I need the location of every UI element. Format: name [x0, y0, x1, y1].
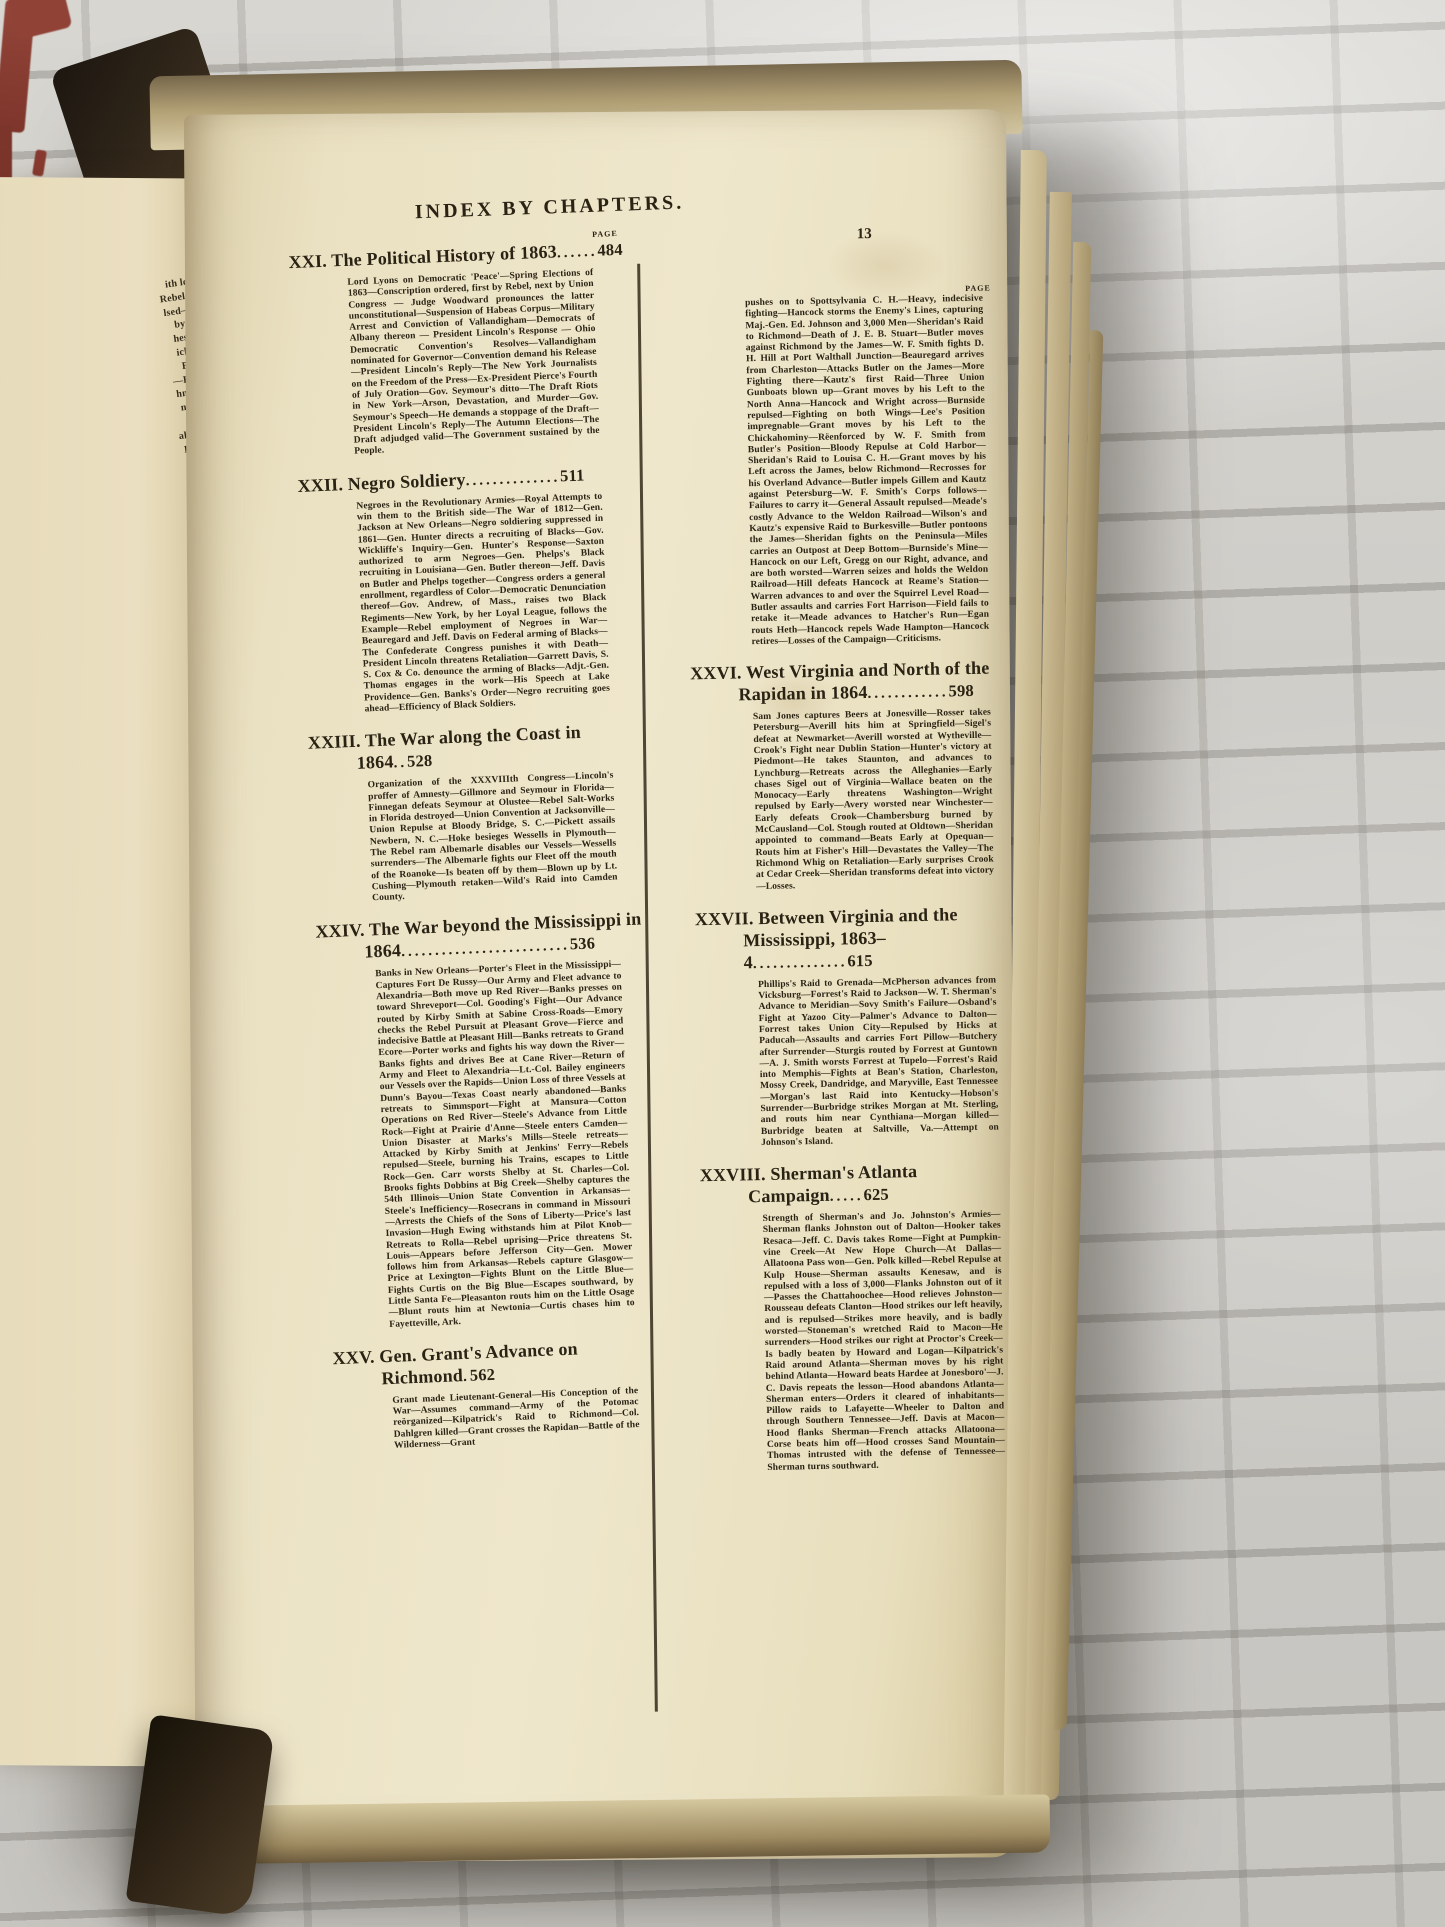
- photo-scene: PAGE ith loss—Rebel Ad- Rebel Grand Char…: [0, 0, 1445, 1927]
- chapter-title-line: XXIII. The War along the Coast in 1864..…: [308, 720, 645, 777]
- right-column-inner: PAGE pushes on to Spottsylvania C. H.—He…: [682, 233, 1020, 1475]
- chapter-numeral: XXV.: [332, 1346, 375, 1368]
- chapter-title-line: XXVIII. Sherman's Atlanta Campaign.....6…: [700, 1159, 1015, 1209]
- chapter-page-ref: 528: [407, 751, 433, 771]
- chapter-summary: Sam Jones captures Beers at Jonesville—R…: [753, 708, 994, 893]
- chapter-page-ref: 625: [863, 1185, 889, 1204]
- chapter-summary: Grant made Lieutenant-General—His Concep…: [392, 1386, 640, 1452]
- left-column: PAGE XXI. The Political History of 1863.…: [288, 229, 673, 1470]
- chapter-summary: Strength of Sherman's and Jo. Johnston's…: [763, 1210, 1006, 1474]
- chapter-entry: XXVI. West Virginia and North of the Rap…: [690, 658, 1008, 895]
- chapter-entry: XXV. Gen. Grant's Advance on Richmond.56…: [332, 1335, 672, 1455]
- chapter-numeral: XXIV.: [315, 920, 365, 942]
- chapter-page-ref: 598: [948, 681, 974, 700]
- chapter-summary: Negroes in the Revolutionary Armies—Roya…: [356, 491, 610, 715]
- index-columns: PAGE XXI. The Political History of 1863.…: [185, 237, 1018, 1843]
- dot-leaders: ............: [867, 685, 948, 703]
- chapter-entry: XXI. The Political History of 1863......…: [288, 239, 632, 461]
- chapter-entry: XXIII. The War along the Coast in 1864..…: [308, 720, 651, 908]
- dot-leaders: ..: [393, 755, 407, 772]
- chapter-title: Negro Soldiery: [347, 469, 466, 494]
- chapter-title-line: XXVII. Between Virginia and the Mississi…: [695, 903, 1010, 975]
- chapter-page-ref: 562: [469, 1365, 495, 1385]
- dot-leaders: ..............: [753, 954, 848, 972]
- index-page: INDEX BY CHAPTERS. 13 PAGE XXI. The Poli…: [184, 109, 1018, 1863]
- chapter-entry: XXVII. Between Virginia and the Mississi…: [695, 903, 1014, 1150]
- chapter-numeral: XXVIII.: [700, 1164, 766, 1185]
- chapter-numeral: XXI.: [288, 251, 327, 273]
- chapter-numeral: XXVII.: [695, 908, 754, 929]
- left-column-entries: XXI. The Political History of 1863......…: [288, 239, 672, 1455]
- right-column-entries: XXVI. West Virginia and North of the Rap…: [690, 658, 1020, 1476]
- chapter-summary: Lord Lyons on Democratic 'Peace'—Spring …: [347, 268, 600, 458]
- chapter-numeral: XXVI.: [690, 663, 742, 684]
- dot-leaders: ......: [557, 244, 598, 262]
- chapter-page-ref: 536: [569, 934, 595, 954]
- continuation-text: pushes on to Spottsylvania C. H.—Heavy, …: [745, 294, 990, 649]
- page-header: INDEX BY CHAPTERS.: [219, 184, 879, 231]
- book-cover-corner: [126, 1714, 275, 1917]
- chapter-title-line: XXV. Gen. Grant's Advance on Richmond.56…: [332, 1335, 669, 1392]
- right-column: PAGE pushes on to Spottsylvania C. H.—He…: [682, 233, 1020, 1490]
- dot-leaders: .........................: [401, 938, 570, 961]
- chapter-numeral: XXIII.: [308, 731, 361, 753]
- dot-leaders: .....: [830, 1188, 864, 1205]
- dot-leaders: ..............: [465, 469, 560, 489]
- chapter-entry: XXIV. The War beyond the Mississippi in …: [315, 909, 667, 1334]
- chapter-page-ref: 511: [560, 465, 585, 485]
- chapter-title-line: XXVI. West Virginia and North of the Rap…: [690, 658, 1005, 708]
- bottom-page-edges: [248, 1794, 1051, 1863]
- chapter-entry: XXVIII. Sherman's Atlanta Campaign.....6…: [700, 1159, 1020, 1475]
- chapter-numeral: XXII.: [297, 474, 343, 496]
- chapter-title: The War along the Coast in 1864: [356, 722, 581, 773]
- chapter-summary: Phillips's Raid to Grenada—McPherson adv…: [758, 975, 999, 1149]
- chapter-entry: XXII. Negro Soldiery..............511 Ne…: [297, 462, 642, 718]
- chapter-page-ref: 615: [847, 951, 873, 970]
- chapter-title-line: XXIV. The War beyond the Mississippi in …: [315, 909, 652, 966]
- chapter-summary: Organization of the XXXVIIIth Congress—L…: [367, 771, 618, 905]
- chapter-summary: Banks in New Orleans—Porter's Fleet in t…: [375, 960, 635, 1331]
- chapter-page-ref: 484: [597, 240, 623, 260]
